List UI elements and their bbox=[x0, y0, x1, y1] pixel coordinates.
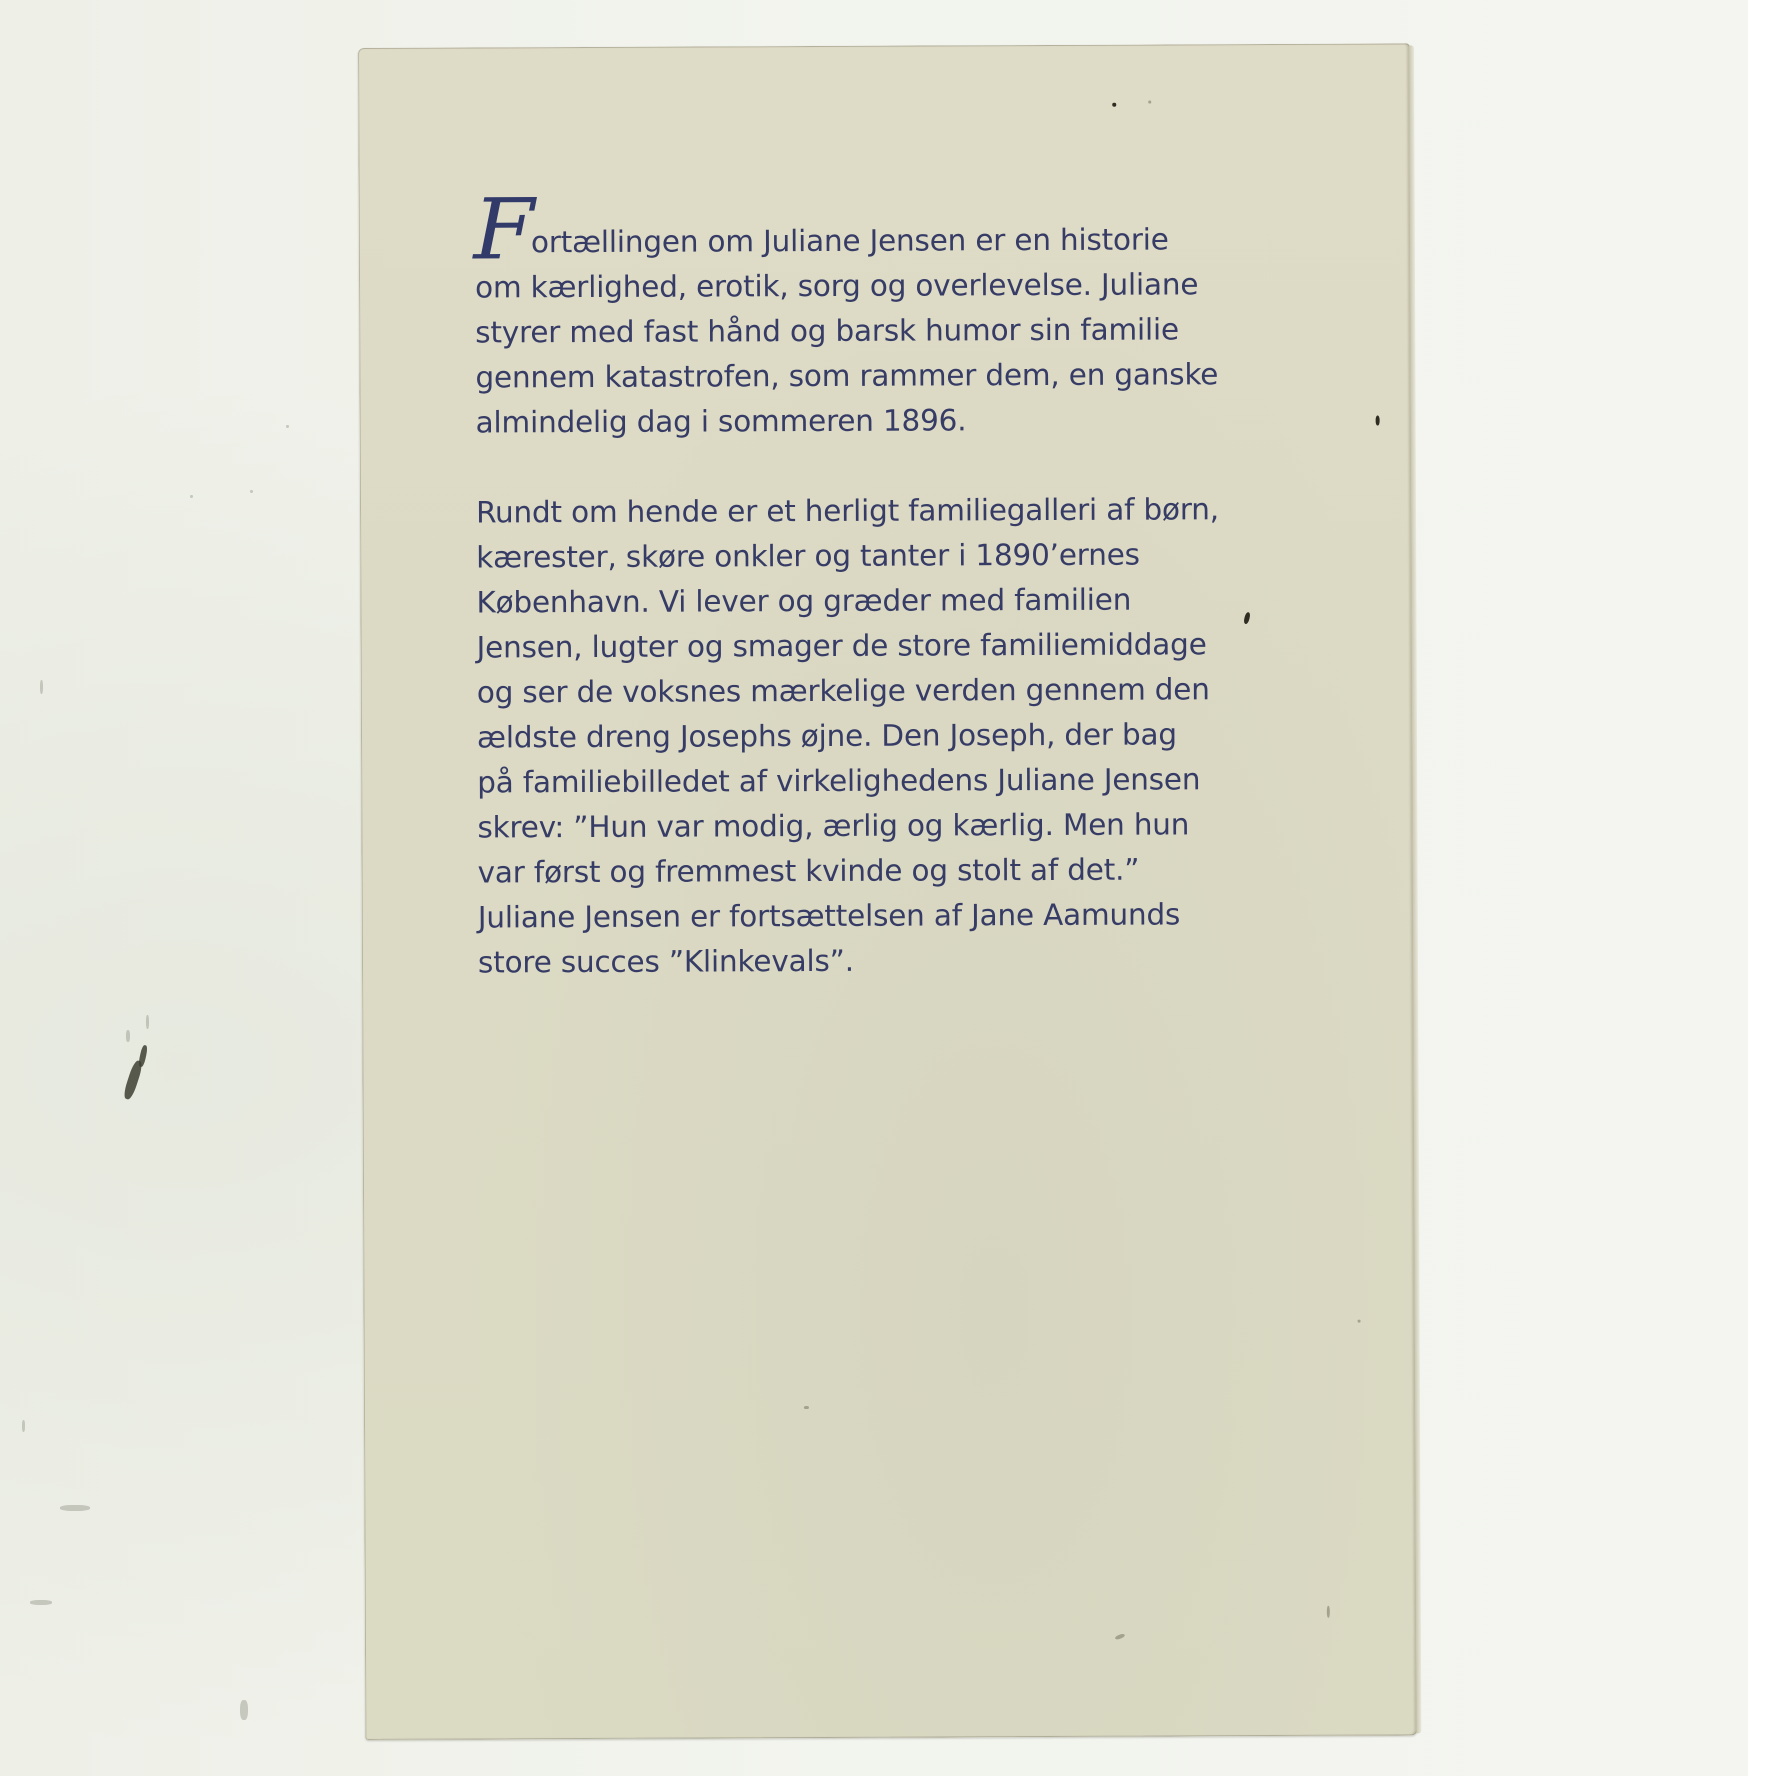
drop-cap: F bbox=[473, 199, 534, 259]
blurb-line: styrer med fast hånd og barsk humor sin … bbox=[475, 307, 1335, 356]
cover-mark bbox=[1358, 1320, 1361, 1323]
cover-mark bbox=[1115, 1633, 1126, 1640]
blurb-line: var først og fremmest kvinde og stolt af… bbox=[478, 847, 1338, 896]
blurb-line: Fortællingen om Juliane Jensen er en his… bbox=[475, 196, 1335, 266]
blurb-line: gennem katastrofen, som rammer dem, en g… bbox=[475, 352, 1335, 401]
cover-mark bbox=[1376, 416, 1380, 426]
blurb-line: på familiebilledet af virkelighedens Jul… bbox=[477, 757, 1337, 806]
blurb-paragraph-1: Fortællingen om Juliane Jensen er en his… bbox=[475, 196, 1336, 446]
blurb-line: Rundt om hende er et herligt familiegall… bbox=[476, 487, 1336, 536]
cover-mark bbox=[804, 1406, 809, 1409]
blurb-line: store succes ”Klinkevals”. bbox=[478, 937, 1338, 986]
blurb-line: ældste dreng Josephs øjne. Den Joseph, d… bbox=[477, 712, 1337, 761]
cover-mark bbox=[1327, 1606, 1330, 1618]
blurb-line: kærester, skøre onkler og tanter i 1890’… bbox=[476, 532, 1336, 581]
cover-mark bbox=[1112, 103, 1116, 107]
blurb-line: Jensen, lugter og smager de store famili… bbox=[477, 622, 1337, 671]
blurb-line: Juliane Jensen er fortsættelsen af Jane … bbox=[478, 892, 1338, 941]
book-back-cover: Fortællingen om Juliane Jensen er en his… bbox=[358, 43, 1417, 1740]
blurb-line: København. Vi lever og græder med famili… bbox=[476, 577, 1336, 626]
blurb-line: og ser de voksnes mærkelige verden genne… bbox=[477, 667, 1337, 716]
blurb-paragraph-2: Rundt om hende er et herligt familiegall… bbox=[476, 487, 1338, 986]
backdrop-edge bbox=[1748, 0, 1776, 1776]
blurb-line: almindelig dag i sommeren 1896. bbox=[476, 397, 1336, 446]
blurb-line: skrev: ”Hun var modig, ærlig og kærlig. … bbox=[477, 802, 1337, 851]
blurb-line: om kærlighed, erotik, sorg og overlevels… bbox=[475, 262, 1335, 311]
back-cover-blurb: Fortællingen om Juliane Jensen er en his… bbox=[475, 196, 1339, 1031]
cover-mark bbox=[1148, 101, 1151, 104]
